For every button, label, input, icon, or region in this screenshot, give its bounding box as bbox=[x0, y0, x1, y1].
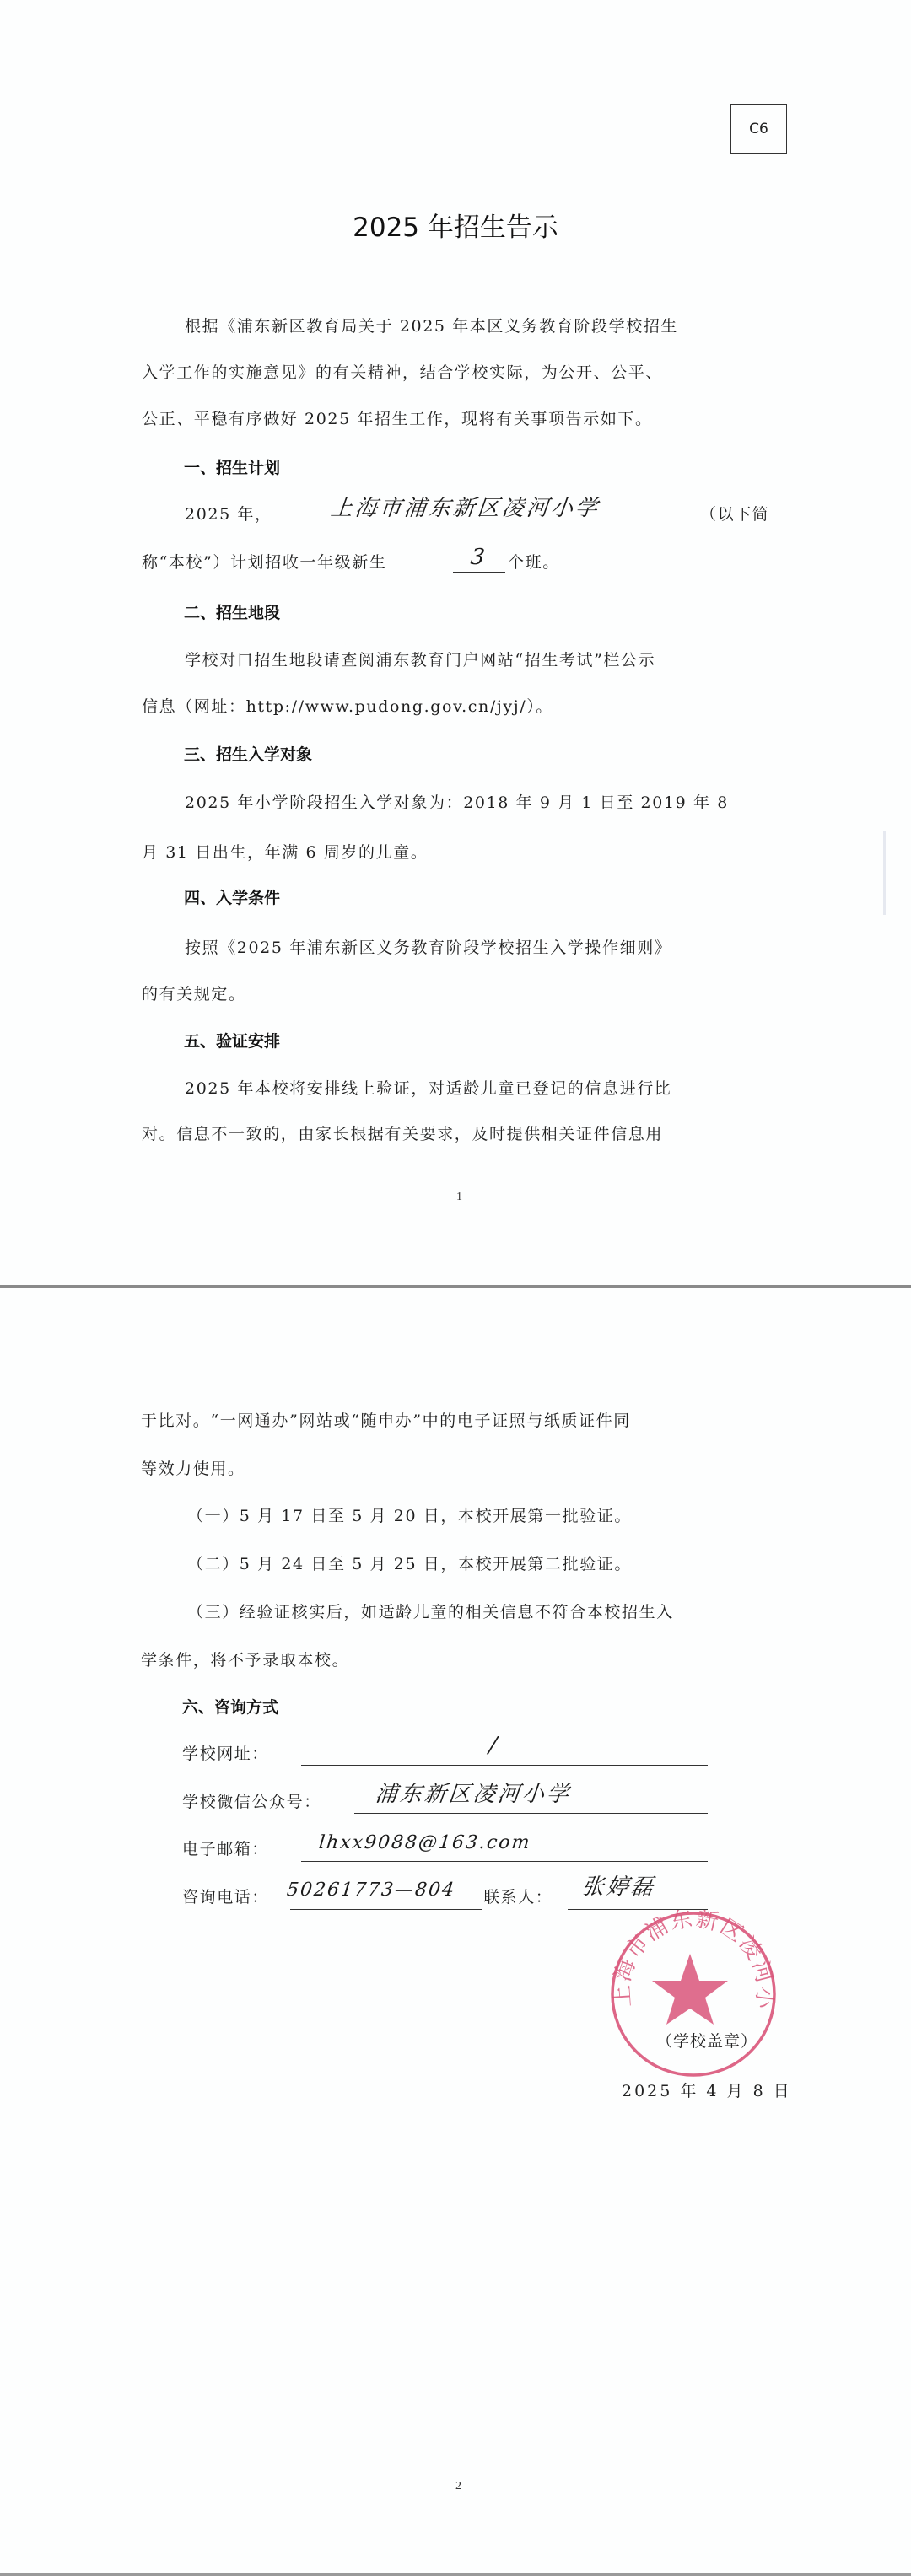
section-3-line-1: 2025 年小学阶段招生入学对象为：2018 年 9 月 1 日至 2019 年… bbox=[185, 792, 729, 814]
email-label: 电子邮箱： bbox=[182, 1838, 269, 1860]
section-4-line-1: 按照《2025 年浦东新区义务教育阶段学校招生入学操作细则》 bbox=[185, 937, 671, 959]
document-code: C6 bbox=[749, 121, 768, 137]
section-1-line2-suffix: 个班。 bbox=[508, 551, 560, 573]
intro-line-3: 公正、平稳有序做好 2025 年招生工作，现将有关事项告示如下。 bbox=[142, 408, 653, 430]
section-2-line-1: 学校对口招生地段请查阅浦东教育门户网站“招生考试”栏公示 bbox=[185, 649, 655, 671]
section-4-heading: 四、入学条件 bbox=[184, 887, 280, 909]
school-name-handwritten: 上海市浦东新区凌河小学 bbox=[329, 496, 601, 521]
document-code-box: C6 bbox=[730, 104, 787, 154]
stamp-label: （学校盖章） bbox=[656, 2030, 757, 2052]
intro-line-1: 根据《浦东新区教育局关于 2025 年本区义务教育阶段学校招生 bbox=[185, 315, 678, 337]
website-field-underline bbox=[301, 1765, 708, 1766]
section-2-line-2: 信息（网址：http://www.pudong.gov.cn/jyj/）。 bbox=[142, 696, 553, 718]
phone-field-underline bbox=[290, 1909, 482, 1910]
website-label: 学校网址： bbox=[182, 1743, 269, 1765]
section-1-line1-suffix: （以下简 bbox=[700, 503, 769, 525]
signature-date: 2025 年 4 月 8 日 bbox=[622, 2080, 792, 2102]
star-icon bbox=[652, 1954, 728, 2025]
section-5-continued-line-1: 于比对。“一网通办”网站或“随申办”中的电子证照与纸质证件同 bbox=[141, 1410, 631, 1432]
page-2: 于比对。“一网通办”网站或“随申办”中的电子证照与纸质证件同 等效力使用。 （一… bbox=[0, 1288, 911, 2574]
verification-item-1: （一）5 月 17 日至 5 月 20 日，本校开展第一批验证。 bbox=[187, 1505, 632, 1527]
section-1-line1-prefix: 2025 年， bbox=[185, 503, 272, 525]
email-handwritten: lhxx9088@163.com bbox=[317, 1831, 532, 1856]
section-1-heading: 一、招生计划 bbox=[184, 457, 280, 479]
section-1-line2-prefix: 称“本校”）计划招收一年级新生 bbox=[142, 551, 386, 573]
wechat-label: 学校微信公众号： bbox=[182, 1791, 321, 1813]
phone-label: 咨询电话： bbox=[182, 1886, 269, 1908]
contact-label: 联系人： bbox=[483, 1886, 553, 1908]
verification-item-3: （三）经验证核实后，如适龄儿童的相关信息不符合本校招生入 bbox=[187, 1601, 674, 1623]
section-5-heading: 五、验证安排 bbox=[184, 1030, 280, 1052]
contact-handwritten: 张婷磊 bbox=[580, 1874, 656, 1900]
class-count-field-underline bbox=[453, 572, 505, 573]
verification-item-3-continued: 学条件，将不予录取本校。 bbox=[141, 1649, 349, 1671]
intro-line-2: 入学工作的实施意见》的有关精神，结合学校实际，为公开、公平、 bbox=[142, 362, 663, 384]
page-1: C6 2025 年招生告示 根据《浦东新区教育局关于 2025 年本区义务教育阶… bbox=[0, 0, 911, 1285]
section-5-continued-line-2: 等效力使用。 bbox=[141, 1458, 245, 1480]
school-name-field-underline bbox=[277, 524, 692, 524]
section-2-heading: 二、招生地段 bbox=[184, 602, 280, 624]
website-handwritten: / bbox=[488, 1733, 500, 1758]
section-6-heading: 六、咨询方式 bbox=[182, 1697, 278, 1718]
page-number-2: 2 bbox=[455, 2480, 461, 2493]
section-3-heading: 三、招生入学对象 bbox=[184, 744, 312, 766]
section-4-line-2: 的有关规定。 bbox=[142, 983, 246, 1005]
scan-artifact bbox=[883, 831, 886, 915]
verification-item-2: （二）5 月 24 日至 5 月 25 日，本校开展第二批验证。 bbox=[187, 1553, 632, 1575]
page-number-1: 1 bbox=[456, 1191, 462, 1204]
email-field-underline bbox=[301, 1861, 708, 1862]
school-seal-stamp: 上海市浦东新区凌河小学 bbox=[609, 1910, 778, 2079]
page-title: 2025 年招生告示 bbox=[0, 211, 911, 245]
phone-handwritten: 50261773—804 bbox=[285, 1878, 456, 1903]
section-5-line-1: 2025 年本校将安排线上验证，对适龄儿童已登记的信息进行比 bbox=[185, 1078, 671, 1100]
wechat-handwritten: 浦东新区凌河小学 bbox=[374, 1782, 572, 1807]
section-5-line-2: 对。信息不一致的，由家长根据有关要求，及时提供相关证件信息用 bbox=[142, 1123, 663, 1145]
class-count-handwritten: 3 bbox=[469, 545, 488, 570]
wechat-field-underline bbox=[354, 1813, 708, 1814]
section-3-line-2: 月 31 日出生，年满 6 周岁的儿童。 bbox=[142, 842, 428, 863]
